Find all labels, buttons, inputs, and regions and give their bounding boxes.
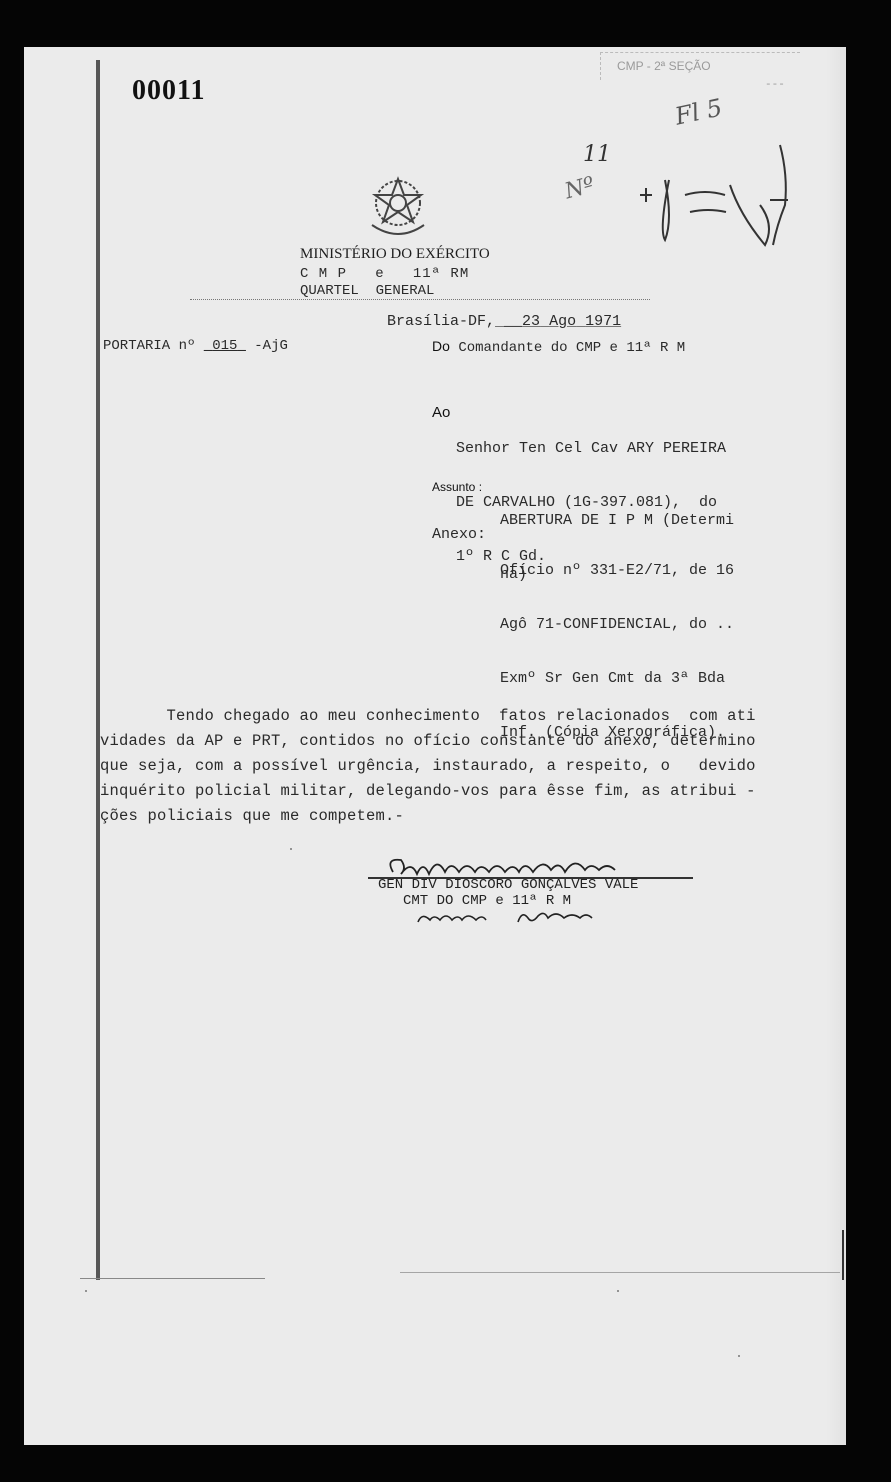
annex-line: Agô 71-CONFIDENCIAL, do .. <box>500 616 734 634</box>
signatory-title: CMT DO CMP e 11ª R M <box>403 893 571 909</box>
bottom-margin-rule <box>80 1278 265 1279</box>
date-day: 23 <box>522 313 540 330</box>
page-number: 00011 <box>132 75 205 107</box>
body-paragraph: Tendo chegado ao meu conhecimento fatos … <box>100 704 756 829</box>
ministry-heading: MINISTÉRIO DO EXÉRCITO <box>300 246 490 263</box>
date-year: 1971 <box>585 313 621 330</box>
from-text: Comandante do CMP e 11ª R M <box>458 340 685 356</box>
place-date: Brasília-DF, __23 Ago 1971 <box>387 313 621 330</box>
handwritten-folio-number: 11 <box>583 142 611 167</box>
date-month: Ago <box>549 313 576 330</box>
addressee-line: Senhor Ten Cel Cav ARY PEREIRA <box>456 440 726 458</box>
from-label: Do <box>432 338 450 354</box>
bottom-margin-rule-right <box>400 1272 840 1273</box>
header-divider <box>190 299 650 300</box>
body-line: ções policiais que me competem.- <box>100 804 756 829</box>
portaria-value: 015 <box>212 338 237 354</box>
body-line: inquérito policial militar, delegando-vo… <box>100 779 756 804</box>
right-edge-mark <box>842 1230 844 1280</box>
margin-rule <box>96 60 100 1280</box>
archive-stamp-sub: --- <box>765 79 785 91</box>
from-line: Do Comandante do CMP e 11ª R M <box>432 338 685 356</box>
annex-line: Exmº Sr Gen Cmt da 3ª Bda <box>500 670 734 688</box>
portaria-number: PORTARIA nº _015_ -AjG <box>103 338 288 354</box>
place: Brasília-DF, <box>387 313 495 330</box>
coat-of-arms-icon <box>358 165 438 245</box>
hq-heading: QUARTEL GENERAL <box>300 283 434 299</box>
body-line: que seja, com a possível urgência, insta… <box>100 754 756 779</box>
portaria-prefix: PORTARIA nº <box>103 338 195 354</box>
handwritten-initials-icon <box>630 140 800 250</box>
archive-stamp: CMP - 2ª SEÇÃO <box>600 52 800 80</box>
portaria-suffix: -AjG <box>254 338 288 354</box>
body-line: vidades da AP e PRT, contidos no ofício … <box>100 729 756 754</box>
signatory-name: GEN DIV DIOSCORO GONÇALVES VALE <box>378 877 638 893</box>
unit-heading: C M P e 11ª RM <box>300 266 469 282</box>
body-line: Tendo chegado ao meu conhecimento fatos … <box>100 704 756 729</box>
annex-line: Ofício nº 331-E2/71, de 16 <box>500 562 734 580</box>
